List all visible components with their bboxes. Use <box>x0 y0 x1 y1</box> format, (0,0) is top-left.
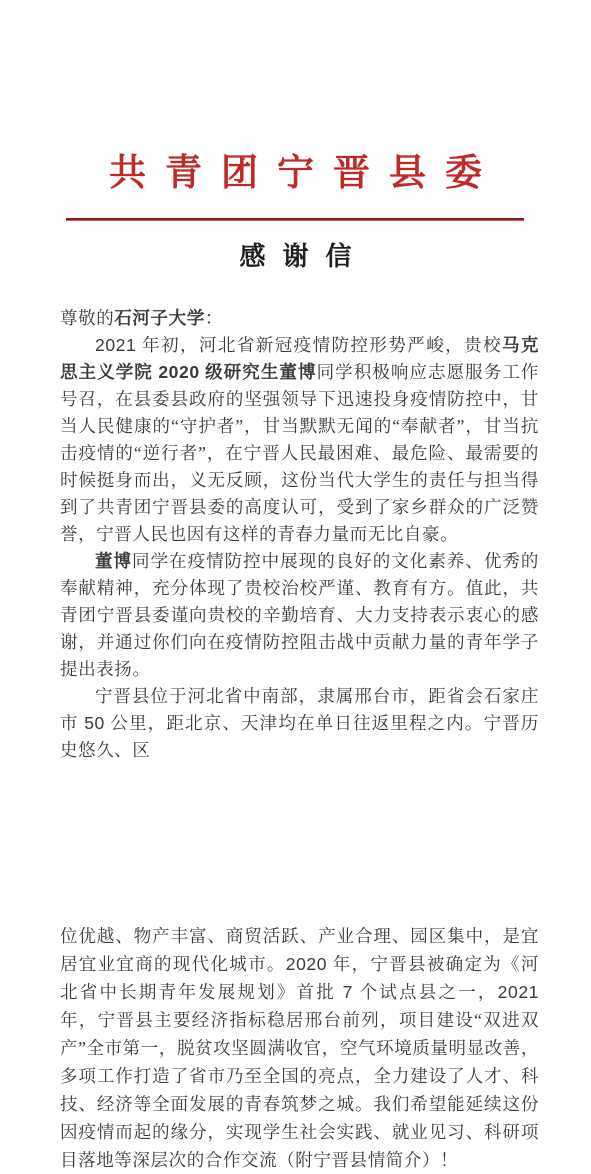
numeric-text: 50 <box>84 713 105 733</box>
numeric-text: 2021 <box>498 982 539 1002</box>
text-segment: 尊敬的 <box>60 308 114 328</box>
body-paragraph-2: 董博同学在疫情防控中展现的良好的文化素养、优秀的奉献精神，充分体现了贵校治校严谨… <box>60 548 539 683</box>
body-paragraph-continued-1: 位优越、物产丰富、商贸活跃、产业合理、园区集中，是宜居宜业宜商的现代化城市。20… <box>60 922 539 1174</box>
bold-text-segment: 董博 <box>95 551 132 571</box>
text-segment: 宁晋县位于河北省中南部，隶属邢台市，距省会石家庄市 50 公里，距北京、天津均在… <box>60 686 539 760</box>
letterhead-org-title: 共青团宁晋县委 <box>0 0 591 195</box>
numeric-text: 7 <box>343 982 353 1002</box>
body-paragraph-3: 宁晋县位于河北省中南部，隶属邢台市，距省会石家庄市 50 公里，距北京、天津均在… <box>60 683 539 764</box>
numeric-text: 2020 <box>158 362 199 382</box>
letter-body-page-2: 位优越、物产丰富、商贸活跃、产业合理、园区集中，是宜居宜业宜商的现代化城市。20… <box>60 922 539 1174</box>
letterhead-divider-line <box>66 218 524 221</box>
salutation-line: 尊敬的石河子大学： <box>60 305 539 332</box>
text-segment: ： <box>205 308 223 328</box>
text-segment: 2021 年初，河北省新冠疫情防控形势严峻，贵校 <box>95 335 502 355</box>
numeric-text: 2021 <box>95 335 136 355</box>
text-segment: 同学在疫情防控中展现的良好的文化素养、优秀的奉献精神，充分体现了贵校治校严谨、教… <box>60 551 539 679</box>
document-page: 共青团宁晋县委 感谢信 尊敬的石河子大学：2021 年初，河北省新冠疫情防控形势… <box>0 0 591 1174</box>
document-title: 感谢信 <box>0 242 591 272</box>
text-segment: 位优越、物产丰富、商贸活跃、产业合理、园区集中，是宜居宜业宜商的现代化城市。20… <box>60 926 539 1170</box>
numeric-text: 2020 <box>286 954 327 974</box>
page-break-gap <box>0 764 591 922</box>
letter-body-page-1: 尊敬的石河子大学：2021 年初，河北省新冠疫情防控形势严峻，贵校马克思主义学院… <box>60 305 539 764</box>
body-paragraph-1: 2021 年初，河北省新冠疫情防控形势严峻，贵校马克思主义学院 2020 级研究… <box>60 332 539 548</box>
text-segment: 同学积极响应志愿服务工作号召，在县委县政府的坚强领导下迅速投身疫情防控中，甘当人… <box>60 362 539 544</box>
bold-text-segment: 石河子大学 <box>114 308 205 328</box>
